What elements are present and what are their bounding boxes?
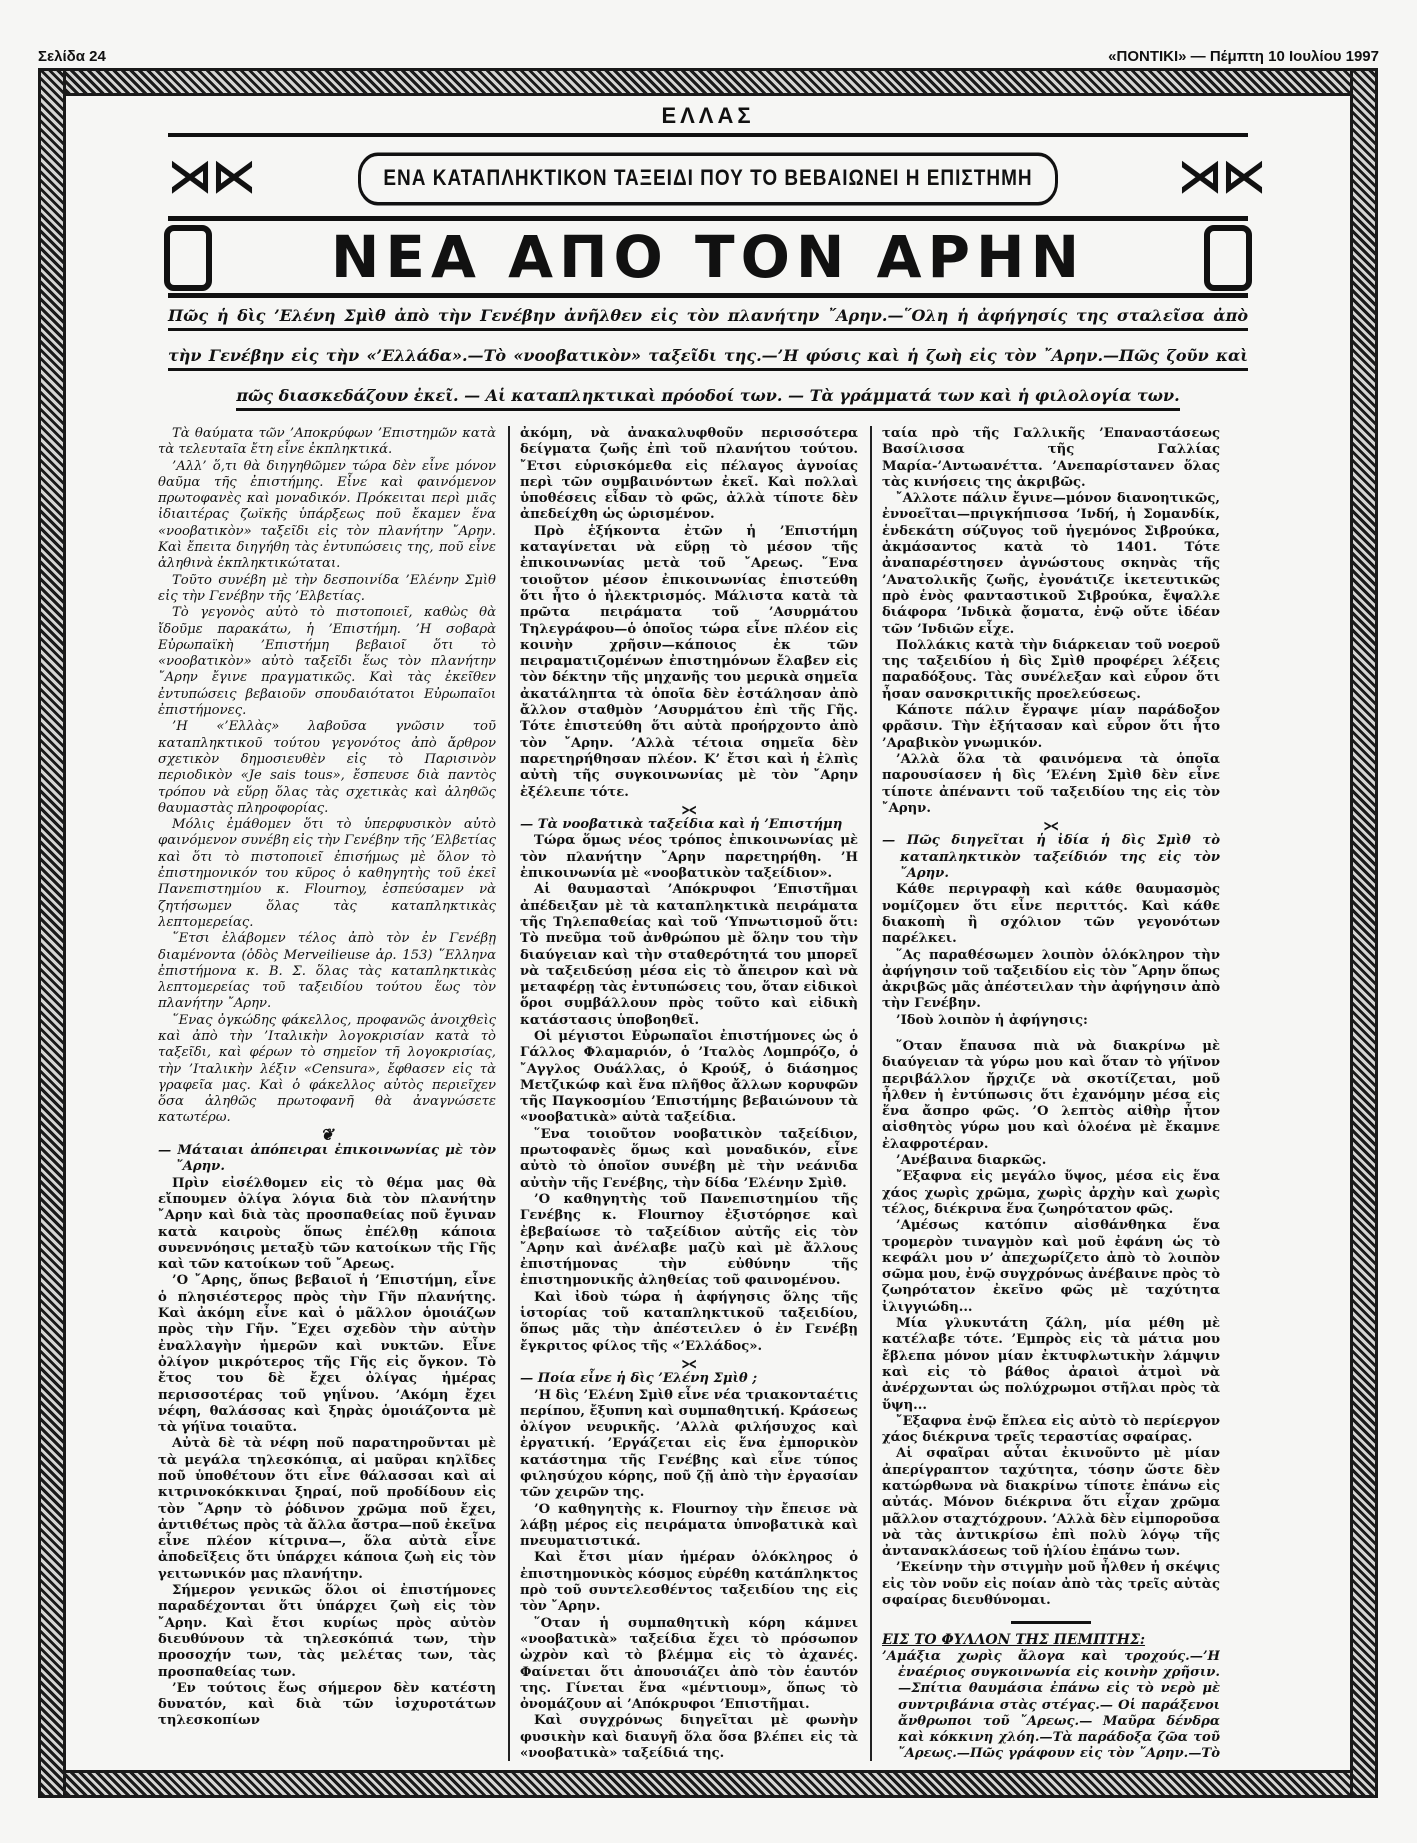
knot-ornament-icon: ⋊⋉ <box>168 153 238 201</box>
paragraph: ῎Αλλοτε πάλιν ἔγινε—μόνον διανοητικῶς, ἐ… <box>882 491 1220 638</box>
column-rule <box>508 426 510 1761</box>
narrative-paragraph: ῎Εξαφνα ἐνῷ ἔπλεα εἰς αὐτὸ τὸ περίεργον … <box>882 1414 1220 1447</box>
divider <box>1011 1621 1091 1624</box>
ornamental-border-right <box>1350 68 1378 1798</box>
paragraph: ’Η δὶς ’Ελένη Σμὶθ εἶνε νέα τριακονταέτι… <box>520 1388 858 1502</box>
paragraph: Σήμερον γενικῶς ὅλοι οἱ ἐπιστήμονες παρα… <box>158 1583 496 1681</box>
subheading: — Ποία εἶνε ἡ δὶς ’Ελένη Σμὶθ ; <box>520 1371 858 1387</box>
column-2: ἀκόμη, νὰ ἀνακαλυφθοῦν περισσότερα δείγμ… <box>520 426 858 1761</box>
deck-text: πῶς διασκεδάζουν ἐκεῖ. — Αἱ καταπληκτικα… <box>236 386 1179 411</box>
paragraph: Πρὶν εἰσέλθομεν εἰς τὸ θέμα μας θὰ εἴπου… <box>158 1176 496 1274</box>
page-header: Σελίδα 24 «ΠΟΝΤΙΚΙ» — Πέμπτη 10 Ιουλίου … <box>38 48 1379 68</box>
paragraph: ῞Ετσι ἐλάβομεν τέλος ἀπὸ τὸν ἐν Γενέβῃ δ… <box>158 931 496 1012</box>
next-issue-summary: ’Αμάξια χωρὶς ἄλογα καὶ τροχούς.—’Η ἐναέ… <box>882 1649 1220 1761</box>
kicker: ΕΝΑ ΚΑΤΑΠΛΗΚΤΙΚΟΝ ΤΑΞΕΙΔΙ ΠΟΥ ΤΟ ΒΕΒΑΙΩΝ… <box>358 153 1058 206</box>
deck-line: τὴν Γενέβην εἰς τὴν «’Ελλάδα».—Τὸ «νοοβα… <box>168 346 1248 371</box>
subheading: — Τὰ νοοβατικὰ ταξείδια καὶ ἡ ’Επιστήμη <box>520 817 858 833</box>
narrative-paragraph: Μία γλυκυτάτη ζάλη, μία μέθη μὲ κατέλαβε… <box>882 1316 1220 1414</box>
deck-text: τὴν Γενέβην εἰς τὴν «’Ελλάδα».—Τὸ «νοοβα… <box>168 346 1248 371</box>
paragraph: Τώρα ὅμως νέος τρόπος ἐπικοινωνίας μὲ τὸ… <box>520 833 858 882</box>
subheading: — Μάταιαι ἀπόπειραι ἐπικοινωνίας μὲ τὸν … <box>158 1143 496 1176</box>
narrative-paragraph: ῎Εξαφνα εἰς μεγάλο ὕψος, μέσα εἰς ἕνα χά… <box>882 1169 1220 1218</box>
article-columns: Τὰ θαύματα τῶν ’Αποκρύφων ’Επιστημῶν κατ… <box>158 426 1258 1761</box>
paragraph: ’Αλλ’ ὅ,τι θὰ διηγηθῶμεν τώρα δὲν εἶνε μ… <box>158 459 496 573</box>
ornamental-border-bottom <box>38 1770 1378 1798</box>
paragraph: Τὸ γεγονὸς αὐτὸ τὸ πιστοποιεῖ, καθὼς θὰ … <box>158 605 496 719</box>
paragraph: Τοῦτο συνέβη μὲ τὴν δεσποινίδα ’Ελένην Σ… <box>158 573 496 606</box>
paragraph: Τὰ θαύματα τῶν ’Αποκρύφων ’Επιστημῶν κατ… <box>158 426 496 459</box>
paragraph: ’Ο ῎Αρης, ὅπως βεβαιοῖ ἡ ’Επιστήμη, εἶνε… <box>158 1273 496 1436</box>
section-title: ΕΛΛΑΣ <box>38 103 1378 129</box>
paragraph: ’Η «’Ελλὰς» λαβοῦσα γνῶσιν τοῦ καταπληκτ… <box>158 719 496 817</box>
column-1: Τὰ θαύματα τῶν ’Αποκρύφων ’Επιστημῶν κατ… <box>158 426 496 1761</box>
headline: ΝΕΑ ΑΠΟ ΤΟΝ ΑΡΗΝ <box>331 227 1085 287</box>
paragraph: ’Εν τούτοις ἕως σήμερον δὲν κατέστη δυνα… <box>158 1681 496 1730</box>
page-number: Σελίδα 24 <box>38 48 106 65</box>
paragraph: ταία πρὸ τῆς Γαλλικῆς ’Επαναστάσεως Βασί… <box>882 426 1220 491</box>
decorative-frame: ΕΛΛΑΣ ⋊⋉ ΕΝΑ ΚΑΤΑΠΛΗΚΤΙΚΟΝ ΤΑΞΕΙΔΙ ΠΟΥ Τ… <box>38 68 1378 1798</box>
knot-ornament-icon: ⋊⋉ <box>1178 153 1248 201</box>
paragraph: ῞Ενας ὀγκώδης φάκελλος, προφανῶς ἀνοιχθε… <box>158 1013 496 1127</box>
kicker-banner: ⋊⋉ ΕΝΑ ΚΑΤΑΠΛΗΚΤΙΚΟΝ ΤΑΞΕΙΔΙ ΠΟΥ ΤΟ ΒΕΒΑ… <box>168 148 1248 208</box>
paragraph: ’Ο καθηγητὴς τοῦ Πανεπιστημίου τῆς Γενέβ… <box>520 1192 858 1290</box>
paragraph: ’Αλλὰ ὅλα τὰ φαινόμενα τὰ ὁποῖα παρουσία… <box>882 752 1220 817</box>
deck-text: Πῶς ἡ δὶς ’Ελένη Σμὶθ ἀπὸ τὴν Γενέβην ἀν… <box>168 306 1248 331</box>
paragraph: Πρὸ ἑξήκοντα ἐτῶν ἡ ’Επιστήμη καταγίνετα… <box>520 524 858 801</box>
paragraph: ῞Ας παραθέσωμεν λοιπὸν ὁλόκληρον τὴν ἀφή… <box>882 948 1220 1013</box>
paragraph: Αἱ θαυμασταὶ ’Απόκρυφοι ’Επιστῆμαι ἀπέδε… <box>520 882 858 1029</box>
ornamental-border-left <box>38 68 66 1798</box>
paragraph: ’Ιδοὺ λοιπὸν ἡ ἀφήγησις: <box>882 1013 1220 1029</box>
narrative-paragraph: ’Αμέσως κατόπιν αἰσθάνθηκα ἕνα τρομερὸν … <box>882 1218 1220 1316</box>
ornament-icon: ❦ <box>158 1127 496 1143</box>
paragraph: Κάποτε πάλιν ἔγραψε μίαν παράδοξον φρᾶσι… <box>882 703 1220 752</box>
ornamental-border-top <box>38 68 1378 96</box>
bracket-ornament-icon <box>1204 225 1252 291</box>
column-rule <box>870 426 872 1761</box>
paragraph: ῞Ενα τοιοῦτον νοοβατικὸν ταξείδιον, πρωτ… <box>520 1127 858 1192</box>
paragraph: Κάθε περιγραφὴ καὶ κάθε θαυμασμὸς νομίζο… <box>882 882 1220 947</box>
paragraph: ἀκόμη, νὰ ἀνακαλυφθοῦν περισσότερα δείγμ… <box>520 426 858 524</box>
subheading: — Πῶς διηγεῖται ἡ ἰδία ἡ δὶς Σμὶθ τὸ κατ… <box>882 833 1220 882</box>
paragraph: Μόλις ἐμάθομεν ὅτι τὸ ὑπερφυσικὸν αὐτὸ φ… <box>158 817 496 931</box>
narrative-paragraph: ’Ανέβαινα διαρκῶς. <box>882 1153 1220 1169</box>
narrative-paragraph: ’Εκείνην τὴν στιγμὴν μοῦ ἦλθεν ἡ σκέψις … <box>882 1560 1220 1609</box>
narrative-paragraph: ῞Οταν ἔπαυσα πιὰ νὰ διακρίνω μὲ διαύγεια… <box>882 1039 1220 1153</box>
publication-date: «ΠΟΝΤΙΚΙ» — Πέμπτη 10 Ιουλίου 1997 <box>1108 48 1379 65</box>
ornament-icon: ⪥ <box>882 817 1220 833</box>
paragraph: Καὶ ἔτσι μίαν ἡμέραν ὁλόκληρος ὁ ἐπιστημ… <box>520 1550 858 1615</box>
paragraph: Πολλάκις κατὰ τὴν διάρκειαν τοῦ νοεροῦ τ… <box>882 638 1220 703</box>
bracket-ornament-icon <box>164 225 212 291</box>
paragraph: ’Ο καθηγητὴς κ. Flournoy τὴν ἔπεισε νὰ λ… <box>520 1502 858 1551</box>
paragraph: ῞Οταν ἡ συμπαθητικὴ κόρη κάμνει «νοοβατι… <box>520 1616 858 1714</box>
ornament-icon: ⪥ <box>520 1355 858 1371</box>
ornament-icon: ⪥ <box>520 801 858 817</box>
headline-box: ΝΕΑ ΑΠΟ ΤΟΝ ΑΡΗΝ <box>168 216 1248 298</box>
column-3: ταία πρὸ τῆς Γαλλικῆς ’Επαναστάσεως Βασί… <box>882 426 1220 1761</box>
divider <box>168 133 1248 137</box>
paragraph: Οἱ μέγιστοι Εὐρωπαῖοι ἐπιστήμονες ὡς ὁ Γ… <box>520 1029 858 1127</box>
paragraph: Καὶ συγχρόνως διηγεῖται μὲ φωνὴν φυσικὴν… <box>520 1713 858 1761</box>
paragraph: Αὐτὰ δὲ τὰ νέφη ποῦ παρατηροῦνται μὲ τὰ … <box>158 1436 496 1583</box>
next-issue-title: ΕΙΣ ΤΟ ΦΥΛΛΟΝ ΤΗΣ ΠΕΜΠΤΗΣ: <box>882 1632 1220 1648</box>
paragraph: Καὶ ἰδοὺ τώρα ἡ ἀφήγησις ὅλης τῆς ἱστορί… <box>520 1290 858 1355</box>
narrative-paragraph: Αἱ σφαῖραι αὗται ἐκινοῦντο μὲ μίαν ἀπερί… <box>882 1446 1220 1560</box>
deck-line: πῶς διασκεδάζουν ἐκεῖ. — Αἱ καταπληκτικα… <box>168 386 1248 411</box>
deck-line: Πῶς ἡ δὶς ’Ελένη Σμὶθ ἀπὸ τὴν Γενέβην ἀν… <box>168 306 1248 331</box>
